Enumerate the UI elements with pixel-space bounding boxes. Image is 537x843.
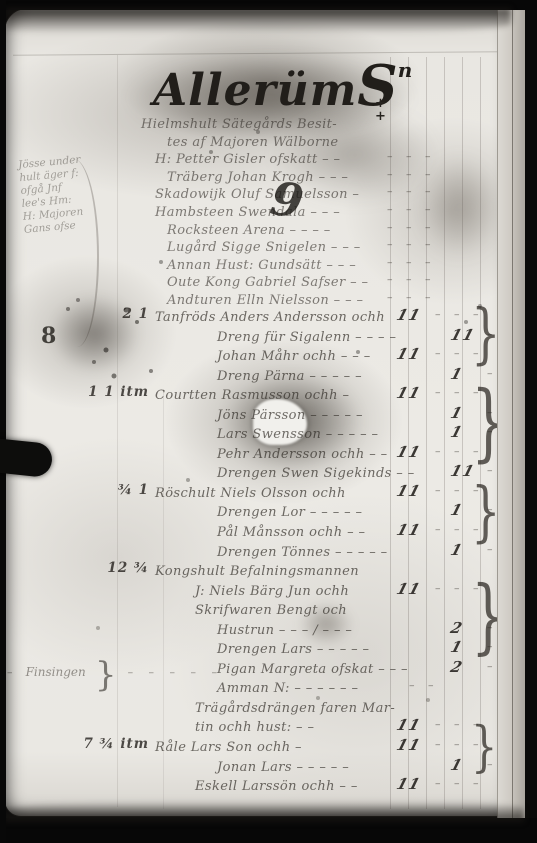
ledger-line: Hambsteen Swendala – – –– – – bbox=[141, 201, 511, 219]
right-dark-border bbox=[525, 0, 537, 843]
line-text: Dreng Pärna – – – – – bbox=[217, 369, 362, 384]
line-text: Drengen Swen Sigekinds – – bbox=[217, 466, 415, 481]
tally-mark: 11 bbox=[394, 443, 423, 461]
margin-figure-8: 8 bbox=[41, 323, 56, 349]
line-text: Jöns Pärsson – – – – – bbox=[217, 408, 363, 423]
line-text: tin ochh hust: – – bbox=[195, 720, 314, 735]
line-text: Drengen Tönnes – – – – – bbox=[217, 545, 388, 560]
dash-leader: – – – bbox=[387, 168, 436, 181]
hemman-number: 12 ¾ bbox=[43, 560, 149, 576]
line-text: J: Niels Bärg Jun ochh bbox=[195, 584, 349, 599]
line-text: Pål Månsson ochh – – bbox=[217, 525, 365, 540]
tally-mark: 1 bbox=[448, 501, 465, 519]
tally-mark: 11 bbox=[394, 736, 423, 754]
header-paragraph: Hielmshult Sätegårds Besit-tes af Majore… bbox=[141, 113, 511, 307]
tally-mark: 1 bbox=[448, 423, 465, 441]
line-text: Pehr Andersson ochh – – bbox=[217, 447, 388, 462]
tally-mark: 1 bbox=[448, 541, 465, 559]
line-text: Kongshult Befalningsmannen bbox=[155, 564, 359, 579]
tally-mark: 11 bbox=[394, 306, 423, 324]
tally-mark: 11 bbox=[394, 775, 423, 793]
dash-leader: – – – bbox=[387, 238, 436, 251]
title-superscript: n bbox=[398, 58, 413, 82]
dash-leader: – – – bbox=[387, 203, 436, 216]
dash-leader: – – – bbox=[435, 777, 484, 790]
page-edge-strip-2 bbox=[512, 0, 526, 843]
finsingen-label: Finsingen bbox=[26, 665, 86, 679]
aged-top-edge bbox=[6, 8, 511, 34]
line-text: Lars Swensson – – – – – bbox=[217, 427, 378, 442]
margin-dash: – bbox=[7, 666, 17, 679]
page-edge-strip-1 bbox=[497, 0, 513, 843]
line-text: Pigan Margreta ofskat – – – bbox=[217, 662, 408, 677]
tally-mark: 1 bbox=[448, 638, 465, 656]
tally-mark: 1 bbox=[448, 404, 465, 422]
line-text: Dreng für Sigalenn – – – – bbox=[217, 330, 396, 345]
line-text: Jonan Lars – – – – – bbox=[217, 760, 349, 775]
manuscript-photo: AllerümSn + + Hielmshult Sätegårds Besit… bbox=[0, 0, 537, 843]
tally-mark: 11 bbox=[394, 482, 423, 500]
tally-mark: 2 bbox=[448, 658, 465, 676]
ledger-line: Skadowijk Oluf Samuelsson –– – – bbox=[141, 183, 511, 201]
page-title: AllerümSn bbox=[153, 53, 412, 119]
dash-leader: – – – bbox=[387, 256, 436, 269]
ledger-line: Hielmshult Sätegårds Besit- bbox=[141, 113, 511, 131]
tally-mark: 2 bbox=[448, 619, 465, 637]
dash-leader: – – – bbox=[387, 273, 436, 286]
tally-mark: 11 bbox=[394, 345, 423, 363]
line-text: Tanfröds Anders Andersson ochh bbox=[155, 310, 385, 325]
line-text: Eskell Larssön ochh – – bbox=[195, 779, 358, 794]
dash-leader: – – – bbox=[387, 221, 436, 234]
tally-mark: 11 bbox=[394, 384, 423, 402]
ledger-line: Rocksteen Arena – – – –– – – bbox=[141, 219, 511, 237]
line-text: Amman N: – – – – – – bbox=[217, 681, 358, 696]
finsingen-margin-row: – Finsingen } – – – – – bbox=[7, 655, 223, 695]
line-text: Trägårdsdrängen faren Mar- bbox=[195, 701, 395, 716]
line-text: Courtten Rasmusson ochh – bbox=[155, 388, 349, 403]
dash-leader: – – bbox=[409, 679, 439, 692]
line-text: Råle Lars Son ochh – bbox=[155, 740, 302, 755]
ledger-line: Lugård Sigge Snigelen – – –– – – bbox=[141, 236, 511, 254]
dash-leader: – – – bbox=[387, 291, 436, 304]
finsingen-brace: } bbox=[95, 655, 117, 695]
ledger-page: AllerümSn + + Hielmshult Sätegårds Besit… bbox=[5, 9, 512, 816]
group-brace-5: } bbox=[471, 716, 497, 779]
line-text: Drengen Lor – – – – – bbox=[217, 505, 362, 520]
line-text: Röschult Niels Olsson ochh bbox=[155, 486, 346, 501]
ledger-line: Trägårdsdrängen faren Mar- bbox=[155, 697, 535, 717]
tally-mark: 1 bbox=[448, 756, 465, 774]
dash-leader: – – – bbox=[387, 150, 436, 163]
tally-mark: 11 bbox=[394, 521, 423, 539]
dash-leader: – – – bbox=[387, 185, 436, 198]
tally-mark: 1 bbox=[448, 365, 465, 383]
finsingen-leader-dashes: – – – – – bbox=[128, 666, 224, 679]
line-text: Hustrun – – – / – – – bbox=[217, 623, 352, 638]
ledger-line: Oute Kong Gabriel Safser – –– – – bbox=[141, 271, 511, 289]
tally-mark: 11 bbox=[394, 716, 423, 734]
ledger-line: H: Petter Gisler ofskatt – –– – – bbox=[141, 148, 511, 166]
title-text: Allerüm bbox=[153, 65, 357, 116]
ledger-line: Andturen Elln Nielsson – – –– – – bbox=[141, 289, 511, 307]
line-text: Johan Måhr ochh – – – bbox=[217, 349, 371, 364]
aged-bottom-edge bbox=[4, 802, 524, 822]
hemman-number: ¾ 1 bbox=[43, 482, 149, 498]
ledger-line: tes af Majoren Wälborne bbox=[141, 131, 511, 149]
tally-mark: 11 bbox=[394, 580, 423, 598]
line-text: Drengen Lars – – – – – bbox=[217, 642, 369, 657]
ledger-line: Träberg Johan Krogh – – –– – – bbox=[141, 166, 511, 184]
ledger-line: Annan Hust: Gundsätt – – –– – – bbox=[141, 254, 511, 272]
hemman-number: 1 1 itm bbox=[43, 384, 149, 400]
left-dark-border bbox=[0, 0, 6, 843]
line-text: Skrifwaren Bengt och bbox=[195, 603, 347, 618]
hemman-number: 2 1 bbox=[43, 306, 149, 322]
hemman-number: 7 ¾ itm bbox=[43, 736, 149, 752]
